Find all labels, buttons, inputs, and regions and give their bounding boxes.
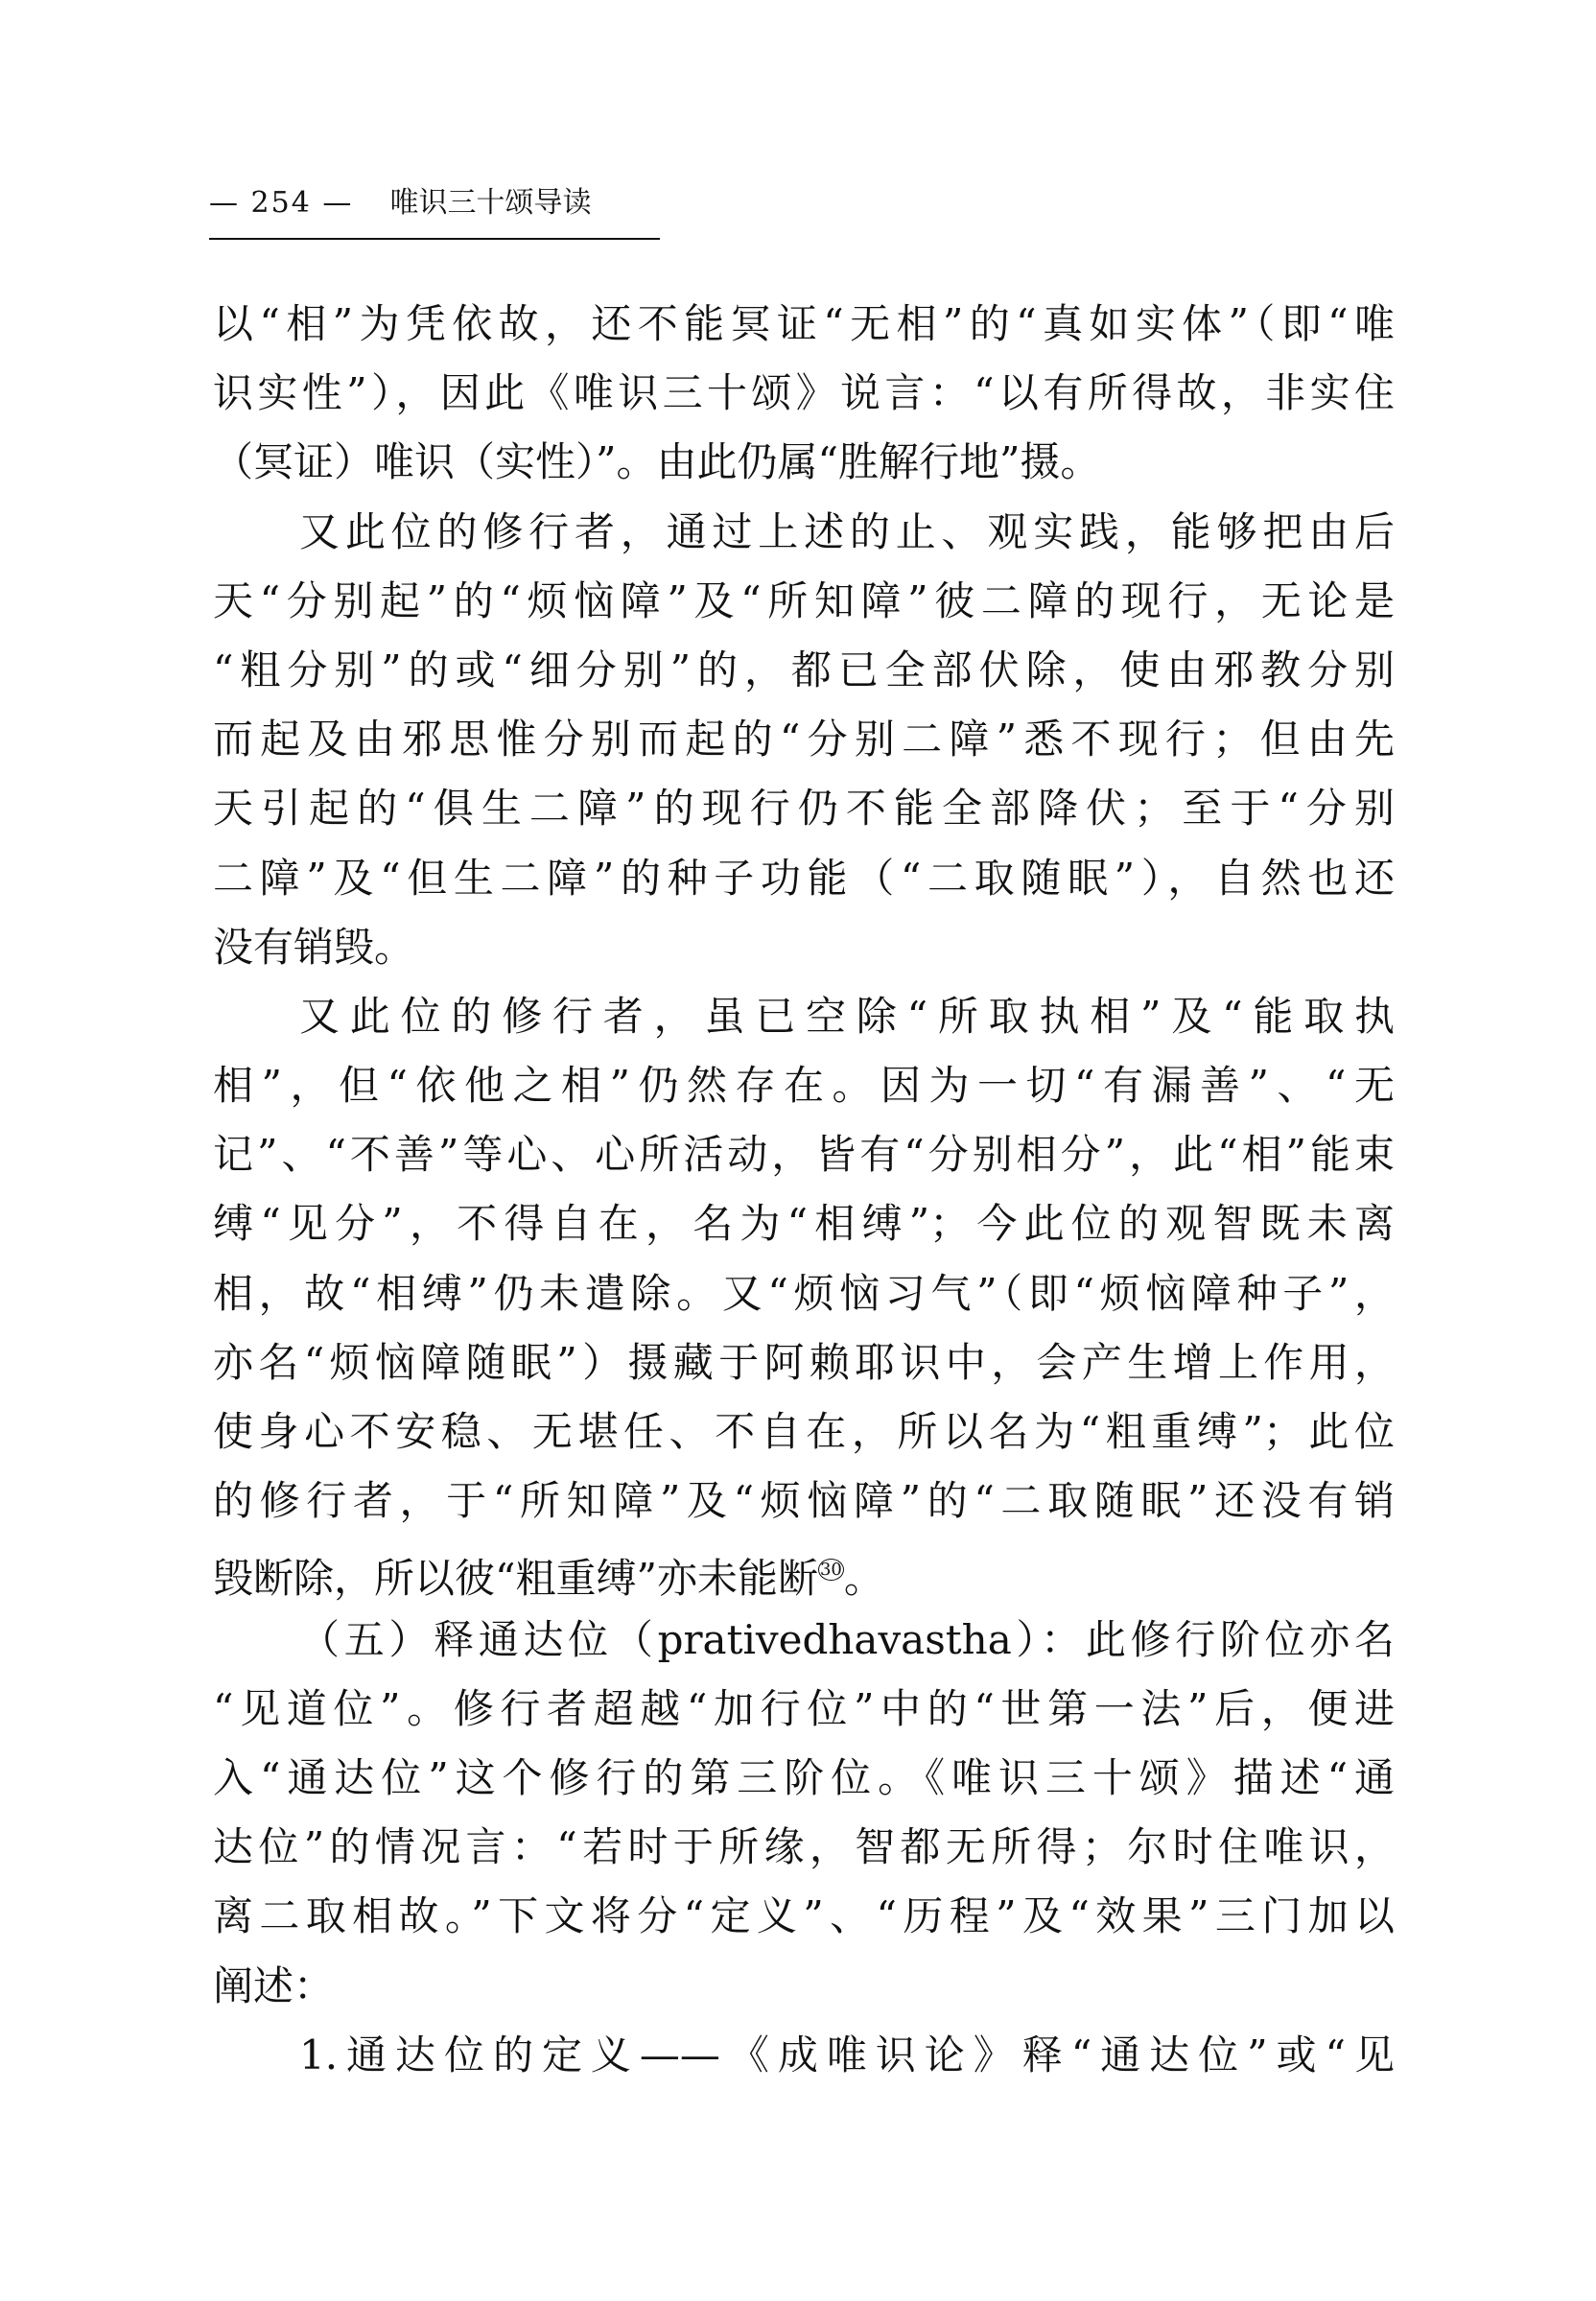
text-line: 而起及由邪思惟分别而起的“分别二障”悉不现行；但由先 (213, 705, 1395, 774)
text-line: 相”，但“依他之相”仍然存在。因为一切“有漏善”、“无 (213, 1051, 1395, 1120)
paragraph: 1.通达位的定义——《成唯识论》释“通达位”或“见 (213, 2021, 1395, 2090)
text-line: 的修行者，于“所知障”及“烦恼障”的“二取随眠”还没有销 (213, 1467, 1395, 1536)
section-heading-line: 1.通达位的定义——《成唯识论》释“通达位”或“见 (213, 2021, 1395, 2090)
text-line: （五）释通达位（prativedhavastha）：此修行阶位亦名 (213, 1606, 1395, 1675)
text-line: 又此位的修行者，虽已空除“所取执相”及“能取执 (213, 982, 1395, 1051)
text-line: 没有销毁。 (213, 913, 1395, 982)
header-rule (209, 238, 660, 240)
text-line: 记”、“不善”等心、心所活动，皆有“分别相分”，此“相”能束 (213, 1120, 1395, 1189)
running-header: — 254 — 唯识三十颂导读 (209, 184, 660, 230)
page-body: 以“相”为凭依故，还不能冥证“无相”的“真如实体”（即“唯 识实性”），因此《唯… (213, 290, 1395, 2090)
text-line: “粗分别”的或“细分别”的，都已全部伏除，使由邪教分别 (213, 636, 1395, 705)
text-line: 毁断除，所以彼“粗重缚”亦未能断30。 (213, 1536, 1395, 1605)
text-line: 使身心不安稳、无堪任、不自在，所以名为“粗重缚”；此位 (213, 1397, 1395, 1467)
text-line: 达位”的情况言：“若时于所缘，智都无所得；尔时住唯识， (213, 1813, 1395, 1882)
text-line: 亦名“烦恼障随眠”）摄藏于阿赖耶识中，会产生增上作用， (213, 1328, 1395, 1397)
text-line: （冥证）唯识（实性）”。由此仍属“胜解行地”摄。 (213, 428, 1395, 497)
text-segment: 毁断除，所以彼“粗重缚”亦未能断 (213, 1555, 818, 1602)
book-title: 唯识三十颂导读 (390, 186, 592, 220)
text-segment: 。 (844, 1555, 884, 1602)
text-line: 缚“见分”，不得自在，名为“相缚”；今此位的观智既未离 (213, 1189, 1395, 1258)
text-line: 识实性”），因此《唯识三十颂》说言：“以有所得故，非实住 (213, 359, 1395, 428)
text-line: 又此位的修行者，通过上述的止、观实践，能够把由后 (213, 498, 1395, 567)
page-number: — 254 — (209, 186, 353, 220)
paragraph: （五）释通达位（prativedhavastha）：此修行阶位亦名 “见道位”。… (213, 1606, 1395, 2021)
text-line: 离二取相故。”下文将分“定义”、“历程”及“效果”三门加以 (213, 1882, 1395, 1951)
text-line: 以“相”为凭依故，还不能冥证“无相”的“真如实体”（即“唯 (213, 290, 1395, 359)
paragraph: 又此位的修行者，通过上述的止、观实践，能够把由后 天“分别起”的“烦恼障”及“所… (213, 498, 1395, 982)
paragraph: 以“相”为凭依故，还不能冥证“无相”的“真如实体”（即“唯 识实性”），因此《唯… (213, 290, 1395, 498)
text-line: 阐述： (213, 1952, 1395, 2021)
text-line: 相，故“相缚”仍未遣除。又“烦恼习气”（即“烦恼障种子”， (213, 1259, 1395, 1328)
paragraph: 又此位的修行者，虽已空除“所取执相”及“能取执 相”，但“依他之相”仍然存在。因… (213, 982, 1395, 1606)
footnote-marker[interactable]: 30 (818, 1559, 844, 1581)
text-line: 入“通达位”这个修行的第三阶位。《唯识三十颂》描述“通 (213, 1744, 1395, 1813)
text-line: 天“分别起”的“烦恼障”及“所知障”彼二障的现行，无论是 (213, 567, 1395, 636)
text-line: 二障”及“但生二障”的种子功能（“二取随眠”），自然也还 (213, 844, 1395, 913)
text-line: “见道位”。修行者超越“加行位”中的“世第一法”后，便进 (213, 1675, 1395, 1744)
text-line: 天引起的“俱生二障”的现行仍不能全部降伏；至于“分别 (213, 774, 1395, 843)
